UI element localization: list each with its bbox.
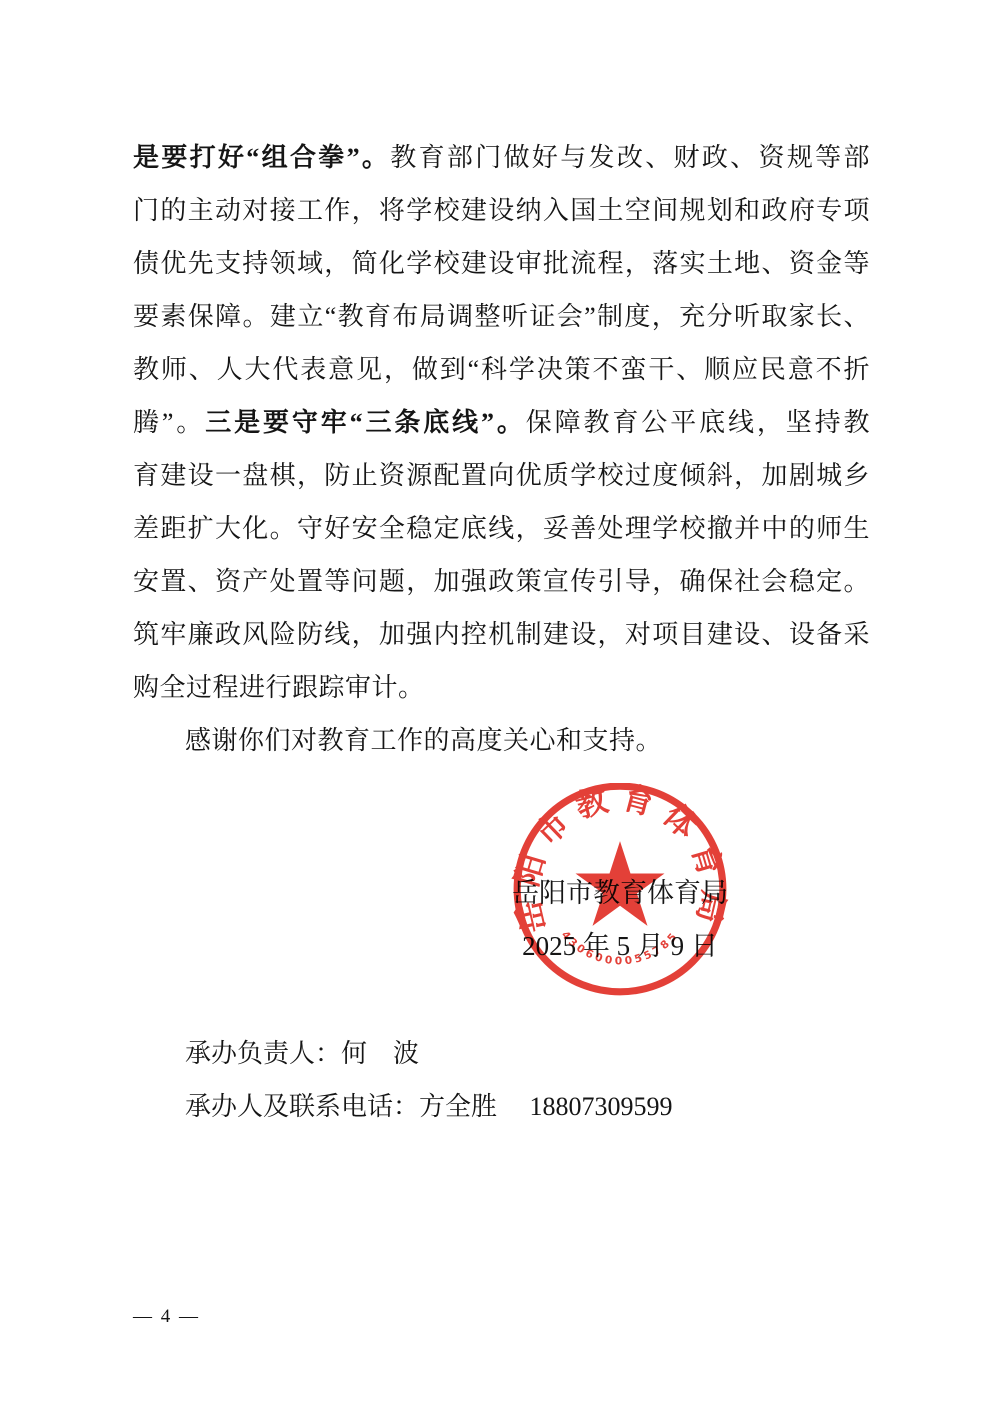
signature-block: 岳阳市教育体育局 2025 年 5 月 9 日 — [470, 867, 770, 973]
paragraph-line: 教师、人大代表意见，做到“科学决策不蛮干、顺应民意不折 — [133, 343, 870, 396]
paragraph-line: 腾”。三是要守牢“三条底线”。保障教育公平底线，坚持教 — [133, 396, 870, 449]
paragraph-line: 筑牢廉政风险防线，加强内控机制建设，对项目建设、设备采 — [133, 608, 870, 661]
paragraph-line: 购全过程进行跟踪审计。 — [133, 661, 870, 714]
issue-date: 2025 年 5 月 9 日 — [470, 920, 770, 973]
paragraph-line: 育建设一盘棋，防止资源配置向优质学校过度倾斜，加剧城乡 — [133, 449, 870, 502]
paragraph-line: 安置、资产处置等问题，加强政策宣传引导，确保社会稳定。 — [133, 555, 870, 608]
line-text: 腾”。 — [133, 408, 205, 437]
page-number: — 4 — — [133, 1306, 200, 1328]
bold-phrase: 是要打好“组合拳”。 — [133, 143, 390, 172]
responsible-person-line: 承办负责人：何 波 — [185, 1027, 673, 1080]
paragraph-line: 债优先支持领域，简化学校建设审批流程，落实土地、资金等 — [133, 237, 870, 290]
issuing-organization: 岳阳市教育体育局 — [470, 867, 770, 920]
line-text: 保障教育公平底线，坚持教 — [526, 408, 870, 437]
paragraph-line: 门的主动对接工作，将学校建设纳入国土空间规划和政府专项 — [133, 184, 870, 237]
body-text: 是要打好“组合拳”。教育部门做好与发改、财政、资规等部 门的主动对接工作，将学校… — [133, 131, 870, 767]
contact-block: 承办负责人：何 波 承办人及联系电话：方全胜 18807309599 — [185, 1027, 673, 1133]
closing-line: 感谢你们对教育工作的高度关心和支持。 — [133, 714, 870, 767]
paragraph-line: 差距扩大化。守好安全稳定底线，妥善处理学校撤并中的师生 — [133, 502, 870, 555]
paragraph-line: 是要打好“组合拳”。教育部门做好与发改、财政、资规等部 — [133, 131, 870, 184]
line-text: 教育部门做好与发改、财政、资规等部 — [390, 143, 870, 172]
bold-phrase: 三是要守牢“三条底线”。 — [205, 408, 526, 437]
paragraph-line: 要素保障。建立“教育布局调整听证会”制度，充分听取家长、 — [133, 290, 870, 343]
document-page: 是要打好“组合拳”。教育部门做好与发改、财政、资规等部 门的主动对接工作，将学校… — [0, 0, 1000, 1414]
handler-phone-line: 承办人及联系电话：方全胜 18807309599 — [185, 1080, 673, 1133]
